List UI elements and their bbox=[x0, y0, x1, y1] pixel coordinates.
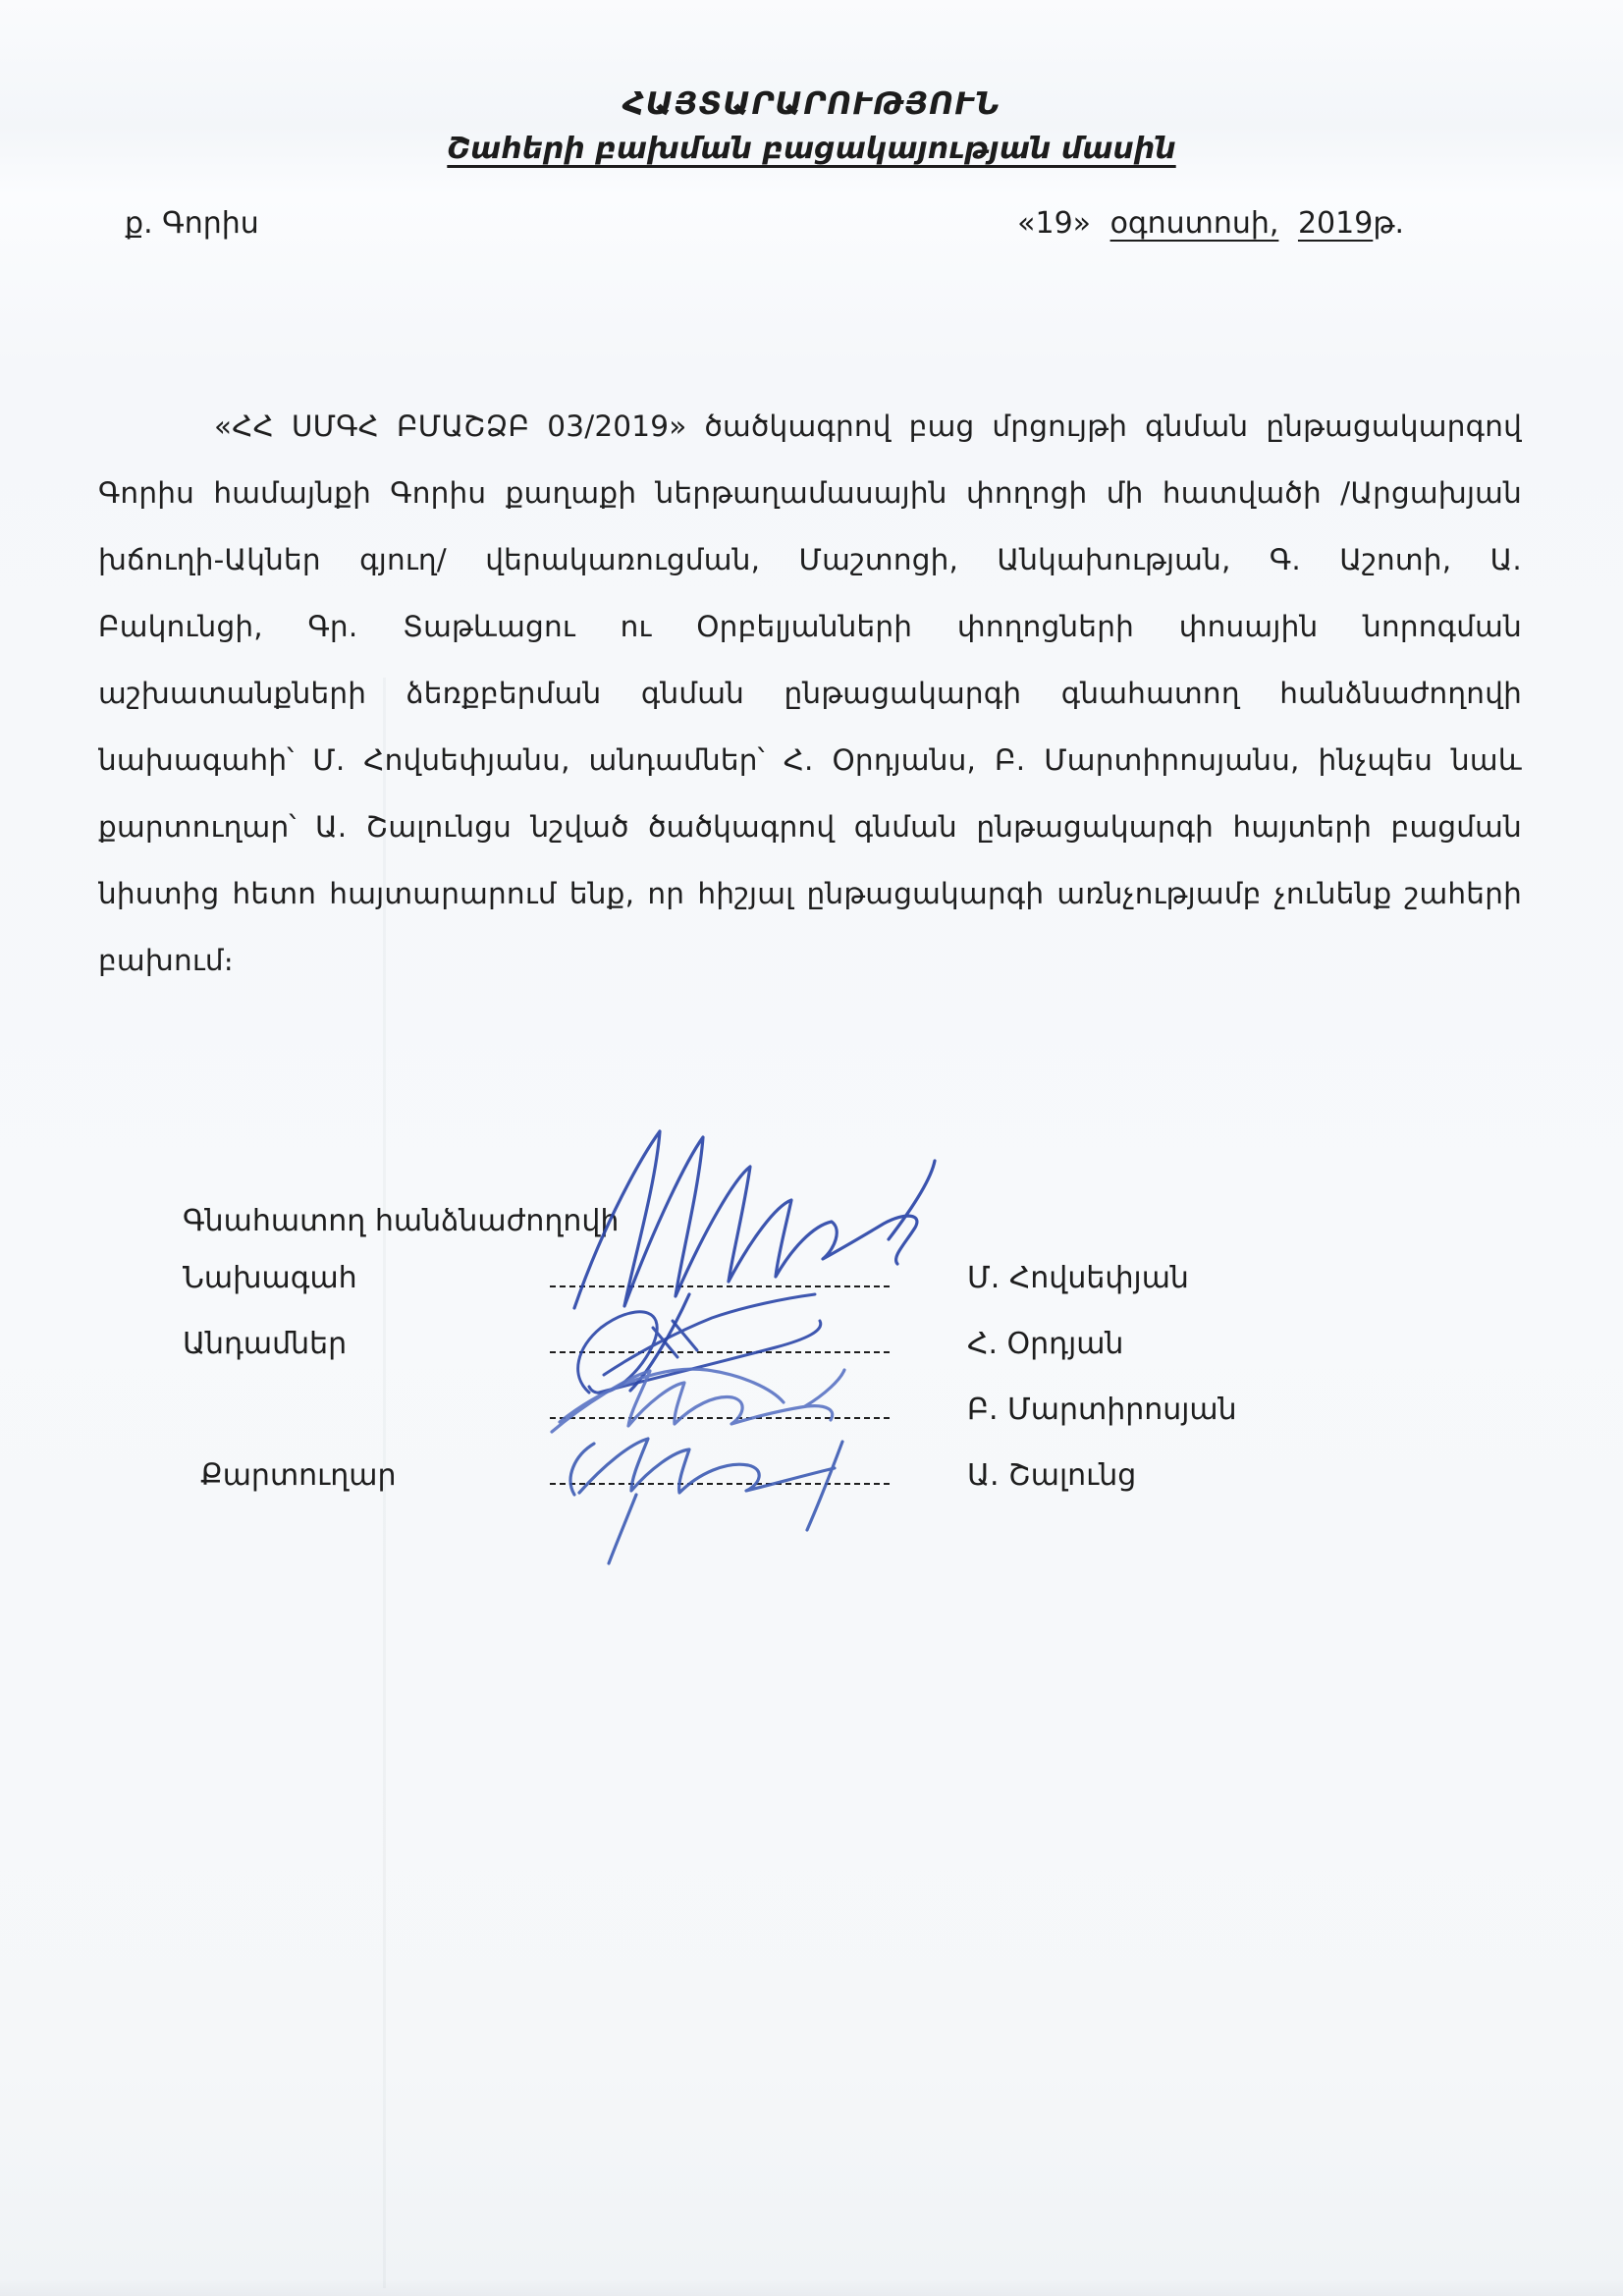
date-year: 2019 bbox=[1298, 206, 1373, 241]
paragraph-line: նիստից հետո հայտարարում ենք, որ հիշյալ ը… bbox=[98, 860, 1522, 927]
signature-dashed-line bbox=[550, 1417, 890, 1419]
document-subtitle: Շահերի բախման բացակայության մասին bbox=[0, 132, 1623, 166]
signer-name: Ա. Շալունց bbox=[967, 1458, 1136, 1493]
signature-block-heading: Գնահատող հանձնաժողովի bbox=[183, 1204, 619, 1238]
signature-role-label: Անդամներ bbox=[183, 1327, 347, 1361]
date-month: օգոստոսի, bbox=[1110, 206, 1279, 241]
paragraph-line: նախագահի՝ Մ. Հովսեփյանս, անդամներ՝ Հ. Օր… bbox=[98, 727, 1522, 793]
date-year-suffix: թ. bbox=[1373, 206, 1404, 241]
signer-name: Մ. Հովսեփյան bbox=[967, 1261, 1189, 1295]
paragraph-line: Բակունցի, Գր. Տաթևացու ու Օրբելյանների փ… bbox=[98, 593, 1522, 660]
signature-dashed-line bbox=[550, 1351, 890, 1353]
signature-role-label: Նախագահ bbox=[183, 1261, 357, 1295]
place-label: ք. Գորիս bbox=[125, 206, 259, 241]
signature-row: ՆախագահՄ. Հովսեփյան bbox=[183, 1235, 1420, 1301]
scanned-document-page: ՀԱՅՏԱՐԱՐՈՒԹՅՈՒՆ Շահերի բախման բացակայութ… bbox=[0, 0, 1623, 2296]
handwritten-signatures-image bbox=[0, 0, 1623, 2296]
place-and-date-row: ք. Գորիս «19» օգոստոսի, 2019թ. bbox=[125, 206, 1404, 241]
date-year-group: 2019թ. bbox=[1298, 206, 1404, 241]
date-day: «19» bbox=[1017, 206, 1091, 241]
signature-dashed-line bbox=[550, 1285, 890, 1287]
date-line: «19» օգոստոսի, 2019թ. bbox=[1017, 206, 1404, 241]
paragraph-line: քարտուղար՝ Ա. Շալունցս նշված ծածկագրով գ… bbox=[98, 793, 1522, 860]
signer-name: Բ. Մարտիրոսյան bbox=[967, 1393, 1237, 1427]
paragraph-line: բախում։ bbox=[98, 927, 1522, 994]
signature-role-label: Քարտուղար bbox=[200, 1458, 396, 1493]
declaration-paragraph: «ՀՀ ՍՄԳՀ ԲՄԱՇՁԲ 03/2019» ծածկագրով բաց մ… bbox=[98, 393, 1522, 994]
document-header: ՀԱՅՏԱՐԱՐՈՒԹՅՈՒՆ Շահերի բախման բացակայութ… bbox=[0, 86, 1623, 166]
signature-row: ԱնդամներՀ. Օրդյան bbox=[183, 1301, 1420, 1367]
paragraph-line: խճուղի-Ակներ գյուղ/ վերակառուցման, Մաշտո… bbox=[98, 526, 1522, 593]
document-title: ՀԱՅՏԱՐԱՐՈՒԹՅՈՒՆ bbox=[0, 86, 1623, 122]
paragraph-line: Գորիս համայնքի Գորիս քաղաքի ներթաղամասայ… bbox=[98, 460, 1522, 526]
signature-dashed-line bbox=[550, 1483, 890, 1485]
signature-row: ՔարտուղարԱ. Շալունց bbox=[183, 1433, 1420, 1499]
signer-name: Հ. Օրդյան bbox=[967, 1327, 1123, 1361]
paragraph-line: «ՀՀ ՍՄԳՀ ԲՄԱՇՁԲ 03/2019» ծածկագրով բաց մ… bbox=[98, 393, 1522, 460]
signature-rows: ՆախագահՄ. ՀովսեփյանԱնդամներՀ. ՕրդյանԲ. Մ… bbox=[183, 1235, 1420, 1499]
paragraph-line: աշխատանքների ձեռքբերման գնման ընթացակարգ… bbox=[98, 660, 1522, 727]
signature-row: Բ. Մարտիրոսյան bbox=[183, 1367, 1420, 1433]
